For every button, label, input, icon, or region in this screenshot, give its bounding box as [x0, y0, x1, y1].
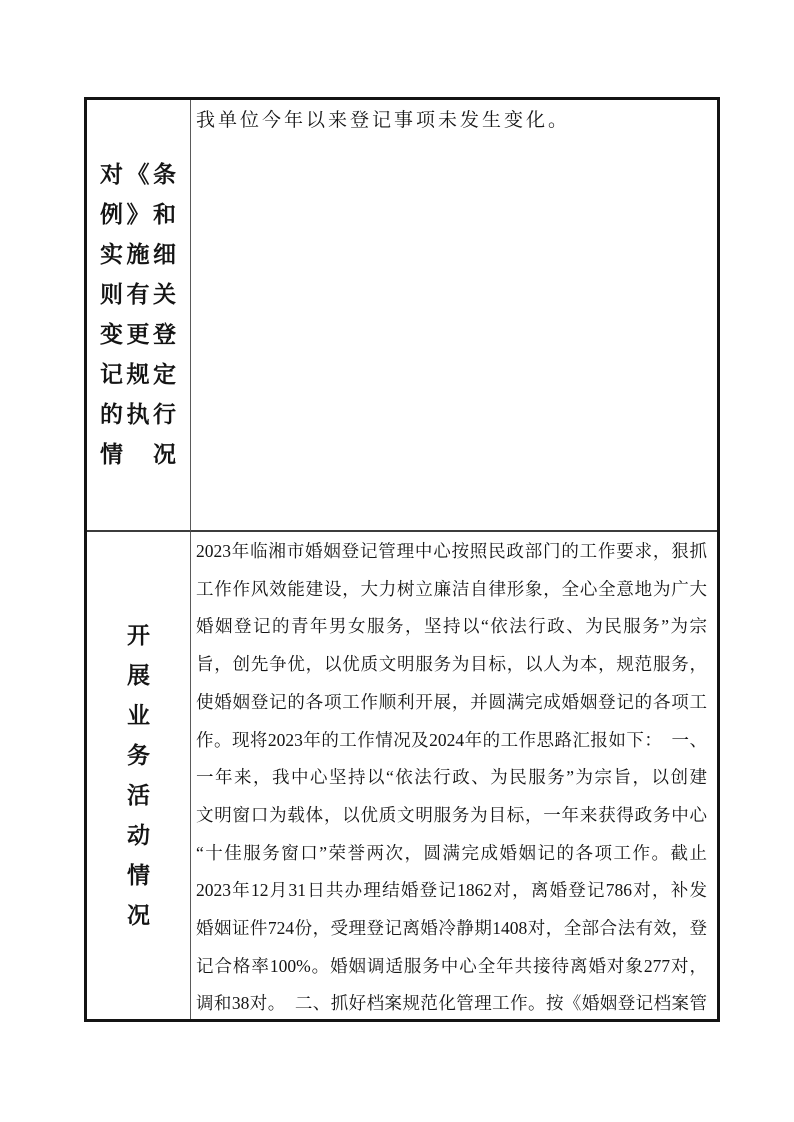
row1-label-line: 则有关 [87, 275, 190, 315]
document-page: 对《条 例》和 实施细 则有关 变更登 记规定 的执行 情 况 我单位今年以来登… [0, 0, 794, 1122]
row2-content-line: 2023年临湘市婚姻登记管理中心按照民政部门的工作要求，狠抓 [196, 533, 707, 571]
row2-content-line: 文明窗口为载体，以优质文明服务为目标，一年来获得政务中心 [196, 797, 707, 835]
row1-label-line: 记规定 [87, 355, 190, 395]
row1-content-line: 我单位今年以来登记事项未发生变化。 [196, 102, 707, 140]
row2-content-line: 旨，创先争优，以优质文明服务为目标，以人为本，规范服务， [196, 646, 707, 684]
row2-label-line: 开 [87, 616, 190, 656]
row1-label-line: 实施细 [87, 235, 190, 275]
row1-label-line: 的执行 [87, 395, 190, 435]
row1-label-line: 对《条 [87, 155, 190, 195]
row2-content-cell-work-report: 2023年临湘市婚姻登记管理中心按照民政部门的工作要求，狠抓 工作作风效能建设，… [191, 532, 717, 1019]
row1-label-cell-regulation-execution: 对《条 例》和 实施细 则有关 变更登 记规定 的执行 情 况 [87, 100, 191, 532]
row2-label-line: 展 [87, 656, 190, 696]
row2-label-cell-business-activities: 开 展 业 务 活 动 情 况 [87, 532, 191, 1019]
row2-label-line: 务 [87, 736, 190, 776]
row2-label-line: 业 [87, 696, 190, 736]
row2-content-line: 2023年12月31日共办理结婚登记1862对，离婚登记786对，补发 [196, 872, 707, 910]
row2-content-line: 调和38对。 二、抓好档案规范化管理工作。按《婚姻登记档案管 [196, 985, 707, 1019]
row2-content-line: 记合格率100%。婚姻调适服务中心全年共接待离婚对象277对， [196, 948, 707, 986]
row2-label-line: 动 [87, 816, 190, 856]
registration-form-table: 对《条 例》和 实施细 则有关 变更登 记规定 的执行 情 况 我单位今年以来登… [84, 97, 720, 1022]
row2-content-line: 婚姻登记的青年男女服务，坚持以“依法行政、为民服务”为宗 [196, 608, 707, 646]
row2-label-line: 情 [87, 856, 190, 896]
row2-content-line: 作。现将2023年的工作情况及2024年的工作思路汇报如下： 一、 [196, 722, 707, 760]
row2-content-line: 使婚姻登记的各项工作顺利开展，并圆满完成婚姻登记的各项工 [196, 684, 707, 722]
row2-label-line: 况 [87, 896, 190, 936]
row2-content-line: 工作作风效能建设，大力树立廉洁自律形象，全心全意地为广大 [196, 571, 707, 609]
row2-label-line: 活 [87, 776, 190, 816]
row2-content-line: 一年来，我中心坚持以“依法行政、为民服务”为宗旨，以创建 [196, 759, 707, 797]
row1-label-line: 例》和 [87, 195, 190, 235]
row1-label-line: 情 况 [87, 435, 190, 475]
row1-label-line: 变更登 [87, 315, 190, 355]
row2-content-line: “十佳服务窗口”荣誉两次，圆满完成婚姻记的各项工作。截止 [196, 835, 707, 873]
row1-content-cell-no-change-statement: 我单位今年以来登记事项未发生变化。 [191, 100, 717, 532]
row2-content-line: 婚姻证件724份，受理登记离婚冷静期1408对，全部合法有效，登 [196, 910, 707, 948]
